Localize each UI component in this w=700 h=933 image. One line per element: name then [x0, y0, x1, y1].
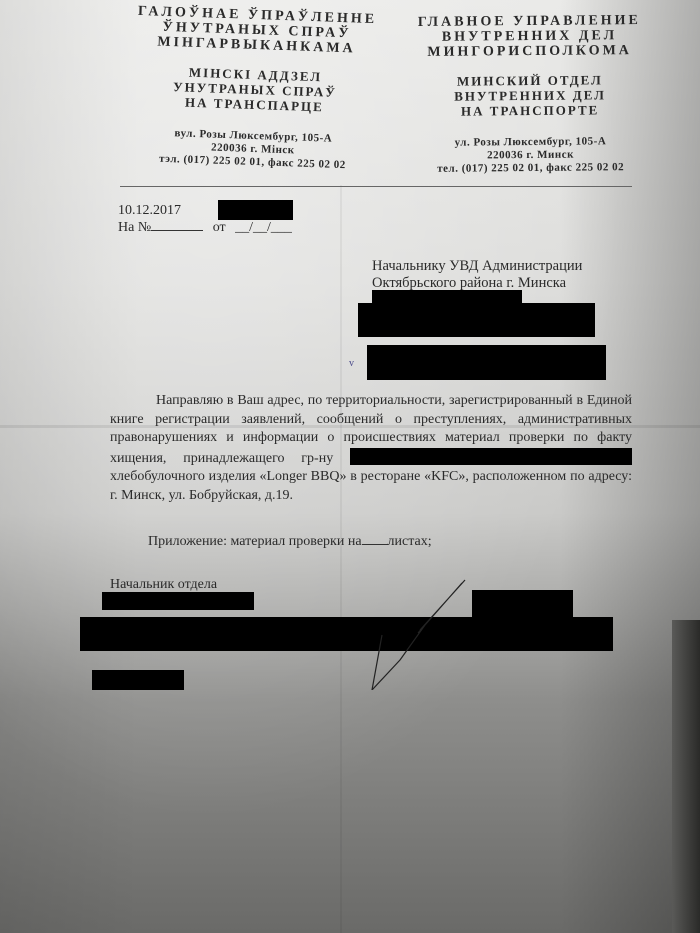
recipient-line-2: Октябрьского района г. Минска — [372, 275, 566, 291]
header-by-title: ГАЛОЎНАЕ ЎПРАЎЛЕННЕ ЎНУТРАНЫХ СПРАЎ МІНГ… — [121, 3, 392, 57]
header-ru-title: ГЛАВНОЕ УПРАВЛЕНИЕ ВНУТРЕННИХ ДЕЛ МИНГОР… — [394, 13, 664, 60]
redacted-recipient-address — [367, 345, 606, 380]
fold-line-vertical — [340, 185, 342, 933]
margin-mark: v — [349, 356, 354, 372]
reference-line: На № от __/__/___ — [118, 220, 292, 236]
header-ru-address-line: тел. (017) 225 02 01, факс 225 02 02 — [396, 161, 666, 176]
redacted-recipient-name — [358, 303, 595, 337]
header-ru-address: ул. Розы Люксембург, 105-А 220036 г. Мин… — [395, 135, 665, 176]
attachment-pages-blank — [362, 544, 388, 545]
ref-label: На № — [118, 220, 151, 235]
header-ru-title-line: МИНГОРИСПОЛКОМА — [395, 43, 665, 60]
attachment-line: Приложение: материал проверки налистах; — [148, 534, 432, 550]
paper-edge — [672, 620, 700, 933]
from-label: от — [213, 220, 226, 235]
body-paragraph: Направляю в Ваш адрес, по территориально… — [110, 392, 632, 505]
header-ru-subtitle: МИНСКИЙ ОТДЕЛ ВНУТРЕННИХ ДЕЛ НА ТРАНСПОР… — [395, 72, 665, 119]
attachment-prefix: Приложение: материал проверки на — [148, 534, 362, 549]
ref-number-blank — [151, 230, 203, 231]
redacted-stamp — [92, 670, 184, 690]
body-text-end: хлебобулочного изделия «Longer BBQ» в ре… — [110, 469, 632, 503]
attachment-suffix: листах; — [388, 534, 432, 549]
header-by-address: вул. Розы Люксембург, 105-А 220036 г. Мі… — [117, 125, 388, 173]
signature-mark — [370, 575, 480, 690]
header-by-subtitle: МІНСКІ АДДЗЕЛ УНУТРАНЫХ СПРАЎ НА ТРАНСПА… — [119, 62, 390, 116]
recipient-line-1: Начальнику УВД Администрации — [372, 258, 582, 274]
ref-date-blank: __/__/___ — [235, 220, 292, 235]
document-date: 10.12.2017 — [118, 203, 181, 219]
header-divider — [120, 186, 632, 187]
redacted-signatory-name — [80, 617, 613, 651]
redacted-outgoing-number — [218, 200, 293, 220]
header-ru-subtitle-line: НА ТРАНСПОРТЕ — [395, 102, 665, 119]
redacted-citizen-name — [350, 448, 632, 465]
header-russian: ГЛАВНОЕ УПРАВЛЕНИЕ ВНУТРЕННИХ ДЕЛ МИНГОР… — [394, 13, 665, 176]
signatory-position: Начальник отдела — [110, 577, 217, 593]
header-belarusian: ГАЛОЎНАЕ ЎПРАЎЛЕННЕ ЎНУТРАНЫХ СПРАЎ МІНГ… — [117, 3, 392, 173]
header-ru-title-line: ГЛАВНОЕ УПРАВЛЕНИЕ — [394, 13, 664, 30]
redacted-signatory-rank — [102, 592, 254, 610]
